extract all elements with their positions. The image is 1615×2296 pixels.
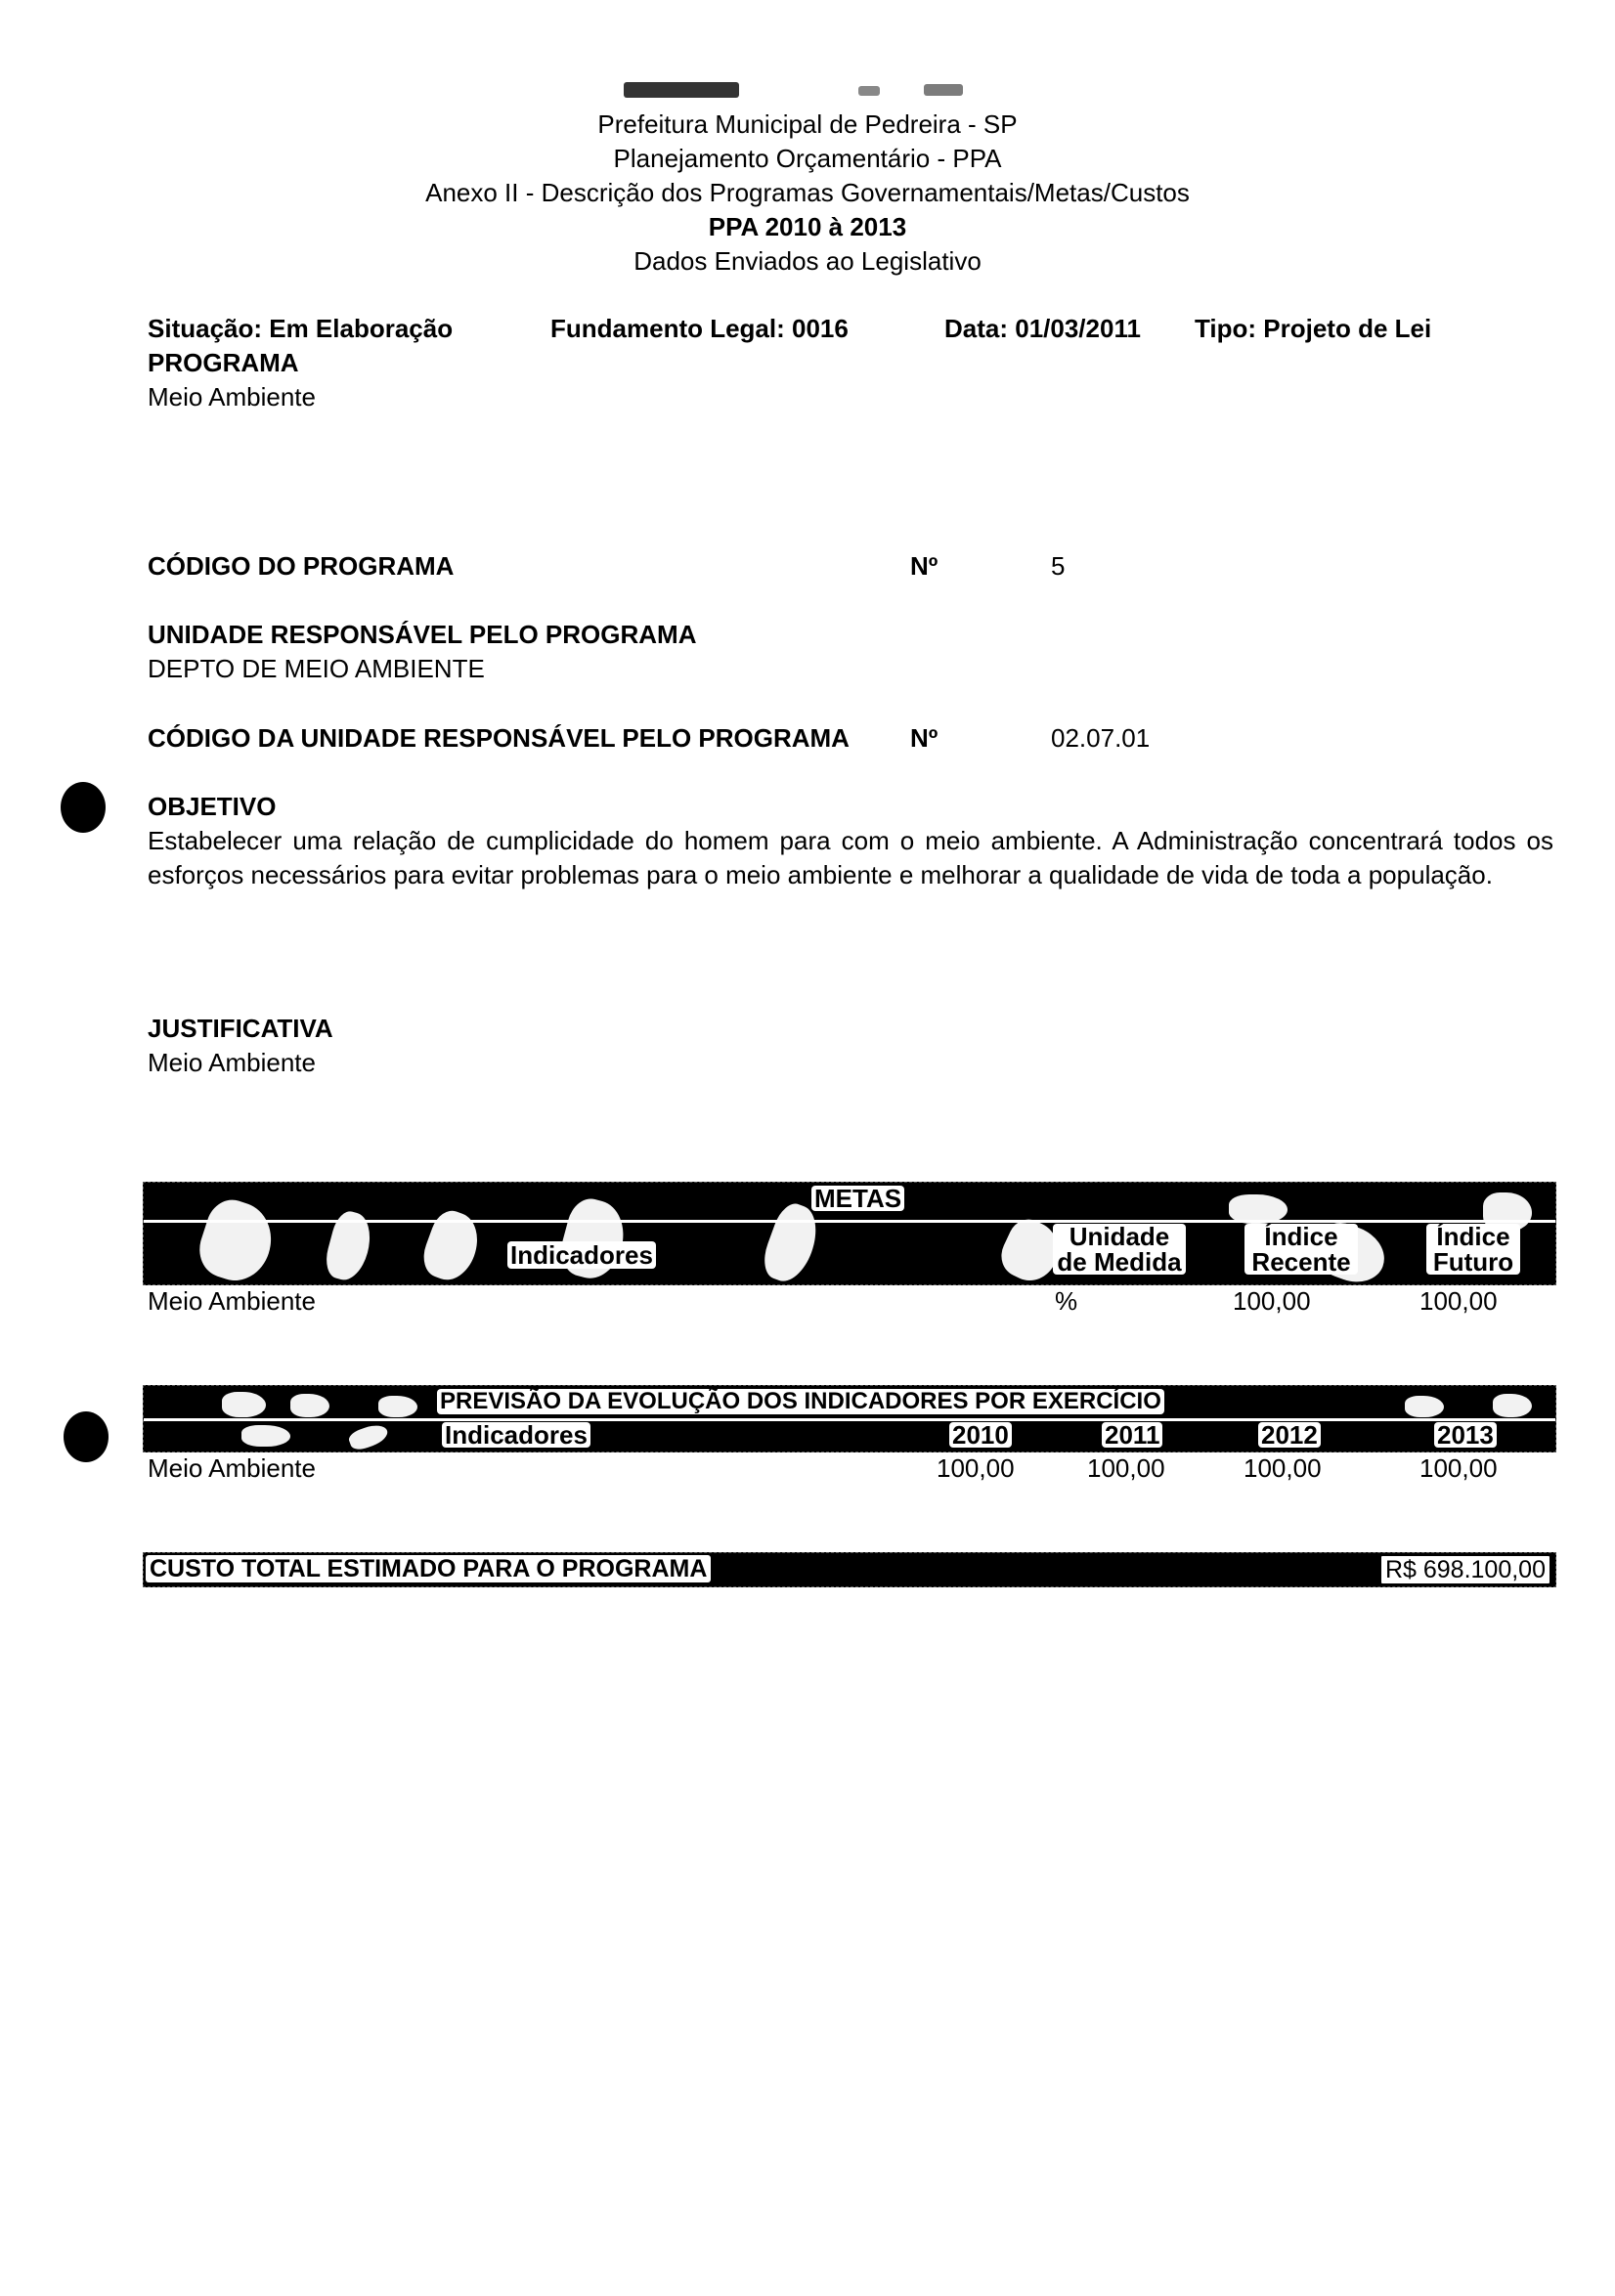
codigo-programa-label: CÓDIGO DO PROGRAMA bbox=[148, 549, 454, 584]
previsao-row-2010: 100,00 bbox=[937, 1453, 1015, 1483]
binder-hole-mark bbox=[64, 1411, 109, 1462]
previsao-col-2011: 2011 bbox=[1102, 1422, 1162, 1448]
status-situacao: Situação: Em Elaboração bbox=[148, 312, 453, 346]
scan-artifact bbox=[624, 82, 739, 98]
previsao-col-indicadores: Indicadores bbox=[442, 1422, 590, 1448]
header-ppa-period: PPA 2010 à 2013 bbox=[0, 210, 1615, 244]
metas-row-unidade: % bbox=[1055, 1286, 1077, 1316]
previsao-row-2011: 100,00 bbox=[1087, 1453, 1165, 1483]
previsao-title: PREVISÃO DA EVOLUÇÃO DOS INDICADORES POR… bbox=[437, 1389, 1164, 1414]
status-data: Data: 01/03/2011 bbox=[944, 312, 1141, 346]
justificativa-label: JUSTIFICATIVA bbox=[148, 1012, 333, 1046]
custo-total-bar: CUSTO TOTAL ESTIMADO PARA O PROGRAMA R$ … bbox=[143, 1552, 1556, 1587]
scan-artifact bbox=[924, 84, 963, 96]
metas-col-indice-futuro: Índice Futuro bbox=[1426, 1224, 1520, 1275]
metas-row-indice-futuro: 100,00 bbox=[1419, 1286, 1498, 1316]
codigo-unidade-no: Nº bbox=[910, 721, 938, 756]
header-planning: Planejamento Orçamentário - PPA bbox=[0, 142, 1615, 176]
programa-label: PROGRAMA bbox=[148, 346, 299, 380]
previsao-col-2010: 2010 bbox=[949, 1422, 1012, 1448]
binder-hole-mark bbox=[61, 782, 106, 833]
header-annex: Anexo II - Descrição dos Programas Gover… bbox=[0, 176, 1615, 210]
metas-row-indice-recente: 100,00 bbox=[1233, 1286, 1311, 1316]
status-fundamento-legal: Fundamento Legal: 0016 bbox=[550, 312, 849, 346]
metas-col-indicadores: Indicadores bbox=[507, 1241, 656, 1269]
previsao-row-indicador: Meio Ambiente bbox=[148, 1453, 316, 1483]
header-legislative: Dados Enviados ao Legislativo bbox=[0, 244, 1615, 279]
previsao-header: PREVISÃO DA EVOLUÇÃO DOS INDICADORES POR… bbox=[143, 1385, 1556, 1452]
objetivo-text: Estabelecer uma relação de cumplicidade … bbox=[148, 824, 1553, 892]
codigo-unidade-value: 02.07.01 bbox=[1051, 721, 1150, 756]
unidade-label: UNIDADE RESPONSÁVEL PELO PROGRAMA bbox=[148, 618, 696, 652]
status-tipo: Tipo: Projeto de Lei bbox=[1195, 312, 1431, 346]
justificativa-text: Meio Ambiente bbox=[148, 1046, 316, 1080]
codigo-programa-value: 5 bbox=[1051, 549, 1065, 584]
codigo-programa-no: Nº bbox=[910, 549, 938, 584]
metas-header: METAS Indicadores Unidade de Medida Índi… bbox=[143, 1182, 1556, 1285]
previsao-row-2013: 100,00 bbox=[1419, 1453, 1498, 1483]
scan-artifact bbox=[858, 86, 880, 96]
metas-title: METAS bbox=[811, 1186, 904, 1211]
metas-col-indice-recente: Índice Recente bbox=[1244, 1224, 1358, 1275]
previsao-col-2013: 2013 bbox=[1434, 1422, 1497, 1448]
metas-row-indicador: Meio Ambiente bbox=[148, 1286, 316, 1316]
programa-value: Meio Ambiente bbox=[148, 380, 316, 414]
codigo-unidade-label: CÓDIGO DA UNIDADE RESPONSÁVEL PELO PROGR… bbox=[148, 721, 850, 756]
previsao-col-2012: 2012 bbox=[1258, 1422, 1321, 1448]
header-municipality: Prefeitura Municipal de Pedreira - SP bbox=[0, 108, 1615, 142]
objetivo-label: OBJETIVO bbox=[148, 790, 276, 824]
custo-total-value: R$ 698.100,00 bbox=[1379, 1554, 1551, 1585]
custo-total-label: CUSTO TOTAL ESTIMADO PARA O PROGRAMA bbox=[146, 1555, 711, 1582]
previsao-row-2012: 100,00 bbox=[1244, 1453, 1322, 1483]
document-header: Prefeitura Municipal de Pedreira - SP Pl… bbox=[0, 108, 1615, 279]
unidade-value: DEPTO DE MEIO AMBIENTE bbox=[148, 652, 485, 686]
metas-col-unidade: Unidade de Medida bbox=[1053, 1224, 1186, 1275]
